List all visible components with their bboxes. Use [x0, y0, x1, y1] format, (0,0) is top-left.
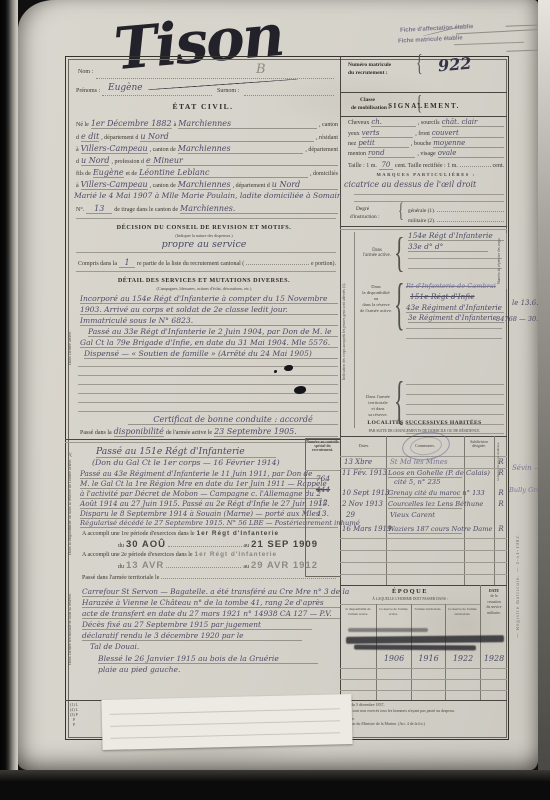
register-paper-page: Fiche d'affectation établie Fiche matric… [18, 0, 538, 770]
margin-label-disponibilite: Dans la disponibilité ou dans la réserve… [67, 444, 76, 570]
residence-canton: Marchiennes [178, 144, 304, 154]
sig-row-taille: Taille : 1 m. 70 cent. Taille rectifiée … [348, 160, 504, 170]
compris-dot [246, 258, 309, 265]
sig-row-yeux: yeux verts , front couvert [348, 129, 504, 138]
periode1-label: A accompli une 1re période d'exercices d… [82, 531, 195, 537]
birth-date: 1er Décembre 1882 [91, 119, 172, 129]
burial-entry: déclaratif rendu le 3 décembre 1920 par … [82, 631, 302, 641]
localites-col-dates: Dates. [342, 443, 386, 448]
overstamp-smudge [354, 645, 476, 651]
corps-dispo-brace: { [394, 271, 405, 339]
service-entry: (Don du Gal Ct le 1er corps — 16 Février… [92, 458, 280, 467]
menton-label: menton [348, 151, 366, 157]
corps-terr-l3: et dans [372, 406, 385, 411]
epoque-value-reserve-territoriale: 1922 [447, 654, 479, 663]
taille-label3: cent. [493, 163, 505, 169]
corps-active-l2: l'armée active. [363, 253, 391, 258]
locality-res: R [495, 489, 507, 497]
corps-dispo-l2: la disponibilité [362, 290, 389, 295]
sig-bottom-divider [340, 226, 507, 227]
blank-rule [78, 411, 338, 412]
controle-box [305, 438, 341, 577]
au-label: au [244, 543, 250, 549]
ec-l6-label: à [76, 183, 79, 189]
locality-res: R [495, 469, 507, 477]
yeux-value: verts [362, 129, 414, 138]
parents-canton: Marchiennes [178, 180, 231, 190]
blank-rule [78, 402, 338, 403]
ec-l6-label2: , canton de [150, 183, 176, 189]
menton-value: rond [368, 149, 415, 158]
tirage-number: 13 [86, 204, 112, 214]
sig-row-nez: nez petit , bouche moyenne [348, 139, 504, 148]
wound-entry: plaie au pied gauche. [98, 665, 180, 674]
au-label: au [243, 564, 249, 570]
service-entry: Immatriculé sous le N° 6823. [80, 316, 338, 326]
ec-l5-label: fils de [76, 171, 91, 177]
degre-militaire: militaire (2). [408, 218, 435, 224]
corps-terr-l2: territoriale [368, 400, 387, 405]
locality-commune: St Md les Mines [390, 458, 448, 466]
cheveux-label: Cheveux [348, 120, 369, 126]
epoque-col-line [445, 604, 446, 700]
corps-dispo-l1: Dans [371, 284, 380, 289]
locality-commune: Waziers 187 cours Notre Dame [388, 525, 462, 534]
corps-dispo-label: Dans la disponibilité ou dans la réserve… [356, 284, 396, 314]
degre-generale-line: générale (1). [408, 205, 504, 214]
corps-dispo-regiment3: 43e Régiment d'Infanterie [406, 303, 504, 313]
dispo-status: disponibilité [114, 427, 164, 437]
ec-l1-label3: , canton [319, 122, 338, 128]
territoriale-label: Passé dans l'armée territoriale le [82, 575, 159, 581]
degre-militaire-line: militaire (2). [408, 215, 504, 224]
corps-active-regiment: 154e Régt d'Infanterie [408, 231, 504, 241]
section-divider [65, 439, 340, 440]
corps-terr-l1: Dans l'armée [366, 394, 390, 399]
epoque-col1-header: la disponibilité de l'armée active. [341, 607, 375, 616]
marques-value: cicatrice au dessus de l'œil droit [344, 180, 476, 189]
decision-title: DÉCISION DU CONSEIL DE REVISION ET MOTIF… [70, 224, 338, 231]
taille-value: 70 [379, 161, 393, 170]
book-binding-edge [0, 0, 18, 800]
periode1-line: A accompli une 1re période d'exercices d… [82, 530, 336, 537]
residence-departement: u Nord [81, 156, 109, 166]
territoriale-line: Passé dans l'armée territoriale le [82, 572, 336, 581]
corps-rule [406, 338, 502, 339]
page-right-edge [538, 0, 550, 770]
service-entry: Passé au 151e Régt d'Infanterie [96, 446, 276, 458]
corps-territoriale-label: Dans l'armée territoriale et dans sa rés… [358, 394, 398, 418]
residence-place: Villers-Campeau [81, 144, 148, 154]
epoque-value-territoriale: 1916 [413, 654, 444, 663]
ec-l3-label2: , canton de [150, 147, 176, 153]
marriage-note: Marié le 4 Mai 1907 à Mlle Marie Poulain… [74, 191, 342, 200]
ec-line8: N°. 13 de tirage dans le canton de March… [76, 204, 338, 214]
service-entry: à l'activité par Décret de Mobon — Campa… [80, 489, 322, 499]
filler [460, 160, 491, 167]
service-entry: Gal Ct la 79e Brigade d'Infie, en date d… [80, 338, 338, 348]
degre-label2: d'instruction : [350, 214, 380, 220]
pasted-paper-slip [101, 694, 352, 750]
front-value: couvert [432, 129, 504, 138]
epoque-col-line [376, 604, 377, 700]
parents-place: Villers-Campeau [81, 180, 148, 190]
nez-label: nez [348, 141, 356, 147]
compris-line: Compris dans la 1 re partie de la liste … [78, 258, 336, 268]
corps-dispo-l3: ou [374, 296, 379, 301]
compris-part: 1 [119, 258, 135, 268]
ec-line4: d u Nord , profession d e Mineur [76, 156, 338, 166]
filler [437, 205, 504, 212]
front-label: , front [415, 131, 430, 137]
mother-name: Léontine Leblanc [139, 168, 308, 178]
service-entry: M. le Gal Ct la 1re Région Mre en date d… [80, 479, 322, 489]
matricule-label2: du recrutement : [348, 70, 388, 76]
locality-date: 16 Mars 1919 [342, 525, 391, 533]
corps-rule [406, 414, 504, 415]
repertoire-caption: Numéro du répertoire des corps. [497, 233, 507, 289]
slip-rule [110, 708, 340, 715]
decision-top-rule [76, 218, 336, 219]
sourcils-value: chât. clair [442, 118, 504, 127]
sig-row-cheveux: Cheveux ch. , sourcils chât. clair [348, 118, 504, 127]
ec-l2-label: d [76, 135, 79, 141]
footnote-right-4: ition du Ministre de la Marine. (Art. 4 … [348, 721, 425, 726]
epoque-value-reserve-active: 1906 [378, 654, 410, 663]
controle-value: 13. [308, 509, 338, 518]
bouche-label: , bouche [411, 141, 431, 147]
surnom-label: Surnom : [217, 88, 239, 94]
dispo-label2: de l'armée active le [166, 430, 212, 436]
etat-civil-title: ÉTAT CIVIL. [78, 102, 328, 111]
filler [166, 561, 241, 568]
corps-rule [406, 404, 504, 405]
epoque-title: ÉPOQUE [342, 588, 478, 595]
locality-date: 2 Nov 1913 [342, 500, 383, 508]
ec-l5-label2: et de [126, 171, 138, 177]
date-l1: DATE [489, 589, 499, 593]
service-entry: Incorporé au 154e Régt d'Infanterie à co… [80, 294, 338, 304]
corps-caption-rule [354, 232, 355, 428]
footnote-right-1: n du 5 décembre 1837, [348, 702, 385, 707]
bonne-conduite-note: Certificat de bonne conduite : accordé [128, 414, 338, 425]
epoque-value-cessation: 1928 [481, 654, 507, 663]
corps-active-label: Dans l'armée active. [358, 248, 396, 258]
sig-bottom-divider2 [340, 229, 507, 230]
parents-departement: u Nord [272, 180, 338, 190]
ec-l2-label2: , département d [101, 135, 138, 141]
decision-rule [76, 252, 336, 253]
epoque-col-line [411, 604, 412, 700]
taille-label2: cent. Taille rectifiée : 1 m. [395, 163, 458, 169]
yeux-label: yeux [348, 131, 360, 137]
signalement-title: SIGNALEMENT. [344, 102, 504, 110]
periode1-regiment-stamp: 1er Régt d'Infanterie [197, 530, 280, 537]
ec-l6-label3: , département d [233, 183, 270, 189]
visage-value: ovale [438, 149, 504, 158]
controle-value: 12 [308, 498, 338, 507]
periode2-label: A accompli une 2e période d'exercices da… [82, 552, 193, 558]
corps-active-regiment2: 33e d° d° [408, 242, 488, 252]
locality-rule [340, 550, 507, 551]
locality-commune: Vieux Carent [390, 511, 435, 519]
dispo-label: Passé dans la [80, 430, 112, 436]
cheveux-value: ch. [371, 118, 416, 127]
burial-entry: acte de transfert en date du 27 mars 192… [82, 609, 340, 619]
father-name: Eugène [93, 168, 124, 178]
locality-commune: Grenay cité du maroc n° 133 [388, 489, 462, 498]
sig-row-menton: menton rond , visage ovale [348, 149, 504, 158]
blank-rule [78, 366, 338, 367]
locality-date: 11 Fév. 1913 [342, 469, 387, 477]
slip-rule [110, 720, 340, 727]
periode2-dates: du 13 AVR au 29 AVR 1912 [118, 560, 318, 571]
prenoms-label: Prénoms : [76, 88, 100, 94]
periode1-dates: du 30 AOÛ au 21 SEP 1909 [118, 539, 318, 550]
locality-date: 13 Xbre [344, 458, 372, 466]
footnote-right-2: ce sont non exercés tous les hommes n'ay… [348, 708, 506, 713]
tirage-label: N°. [76, 207, 84, 213]
locality-rule [340, 574, 507, 575]
controle-header-rule [305, 470, 340, 471]
locality-commune-line2: cité 5, n° 235 [394, 478, 440, 486]
compris-label3: e portion). [311, 261, 336, 267]
locality-res: R [495, 500, 507, 508]
prenoms-rule [102, 95, 212, 96]
matricule-label: Numéro matricule [348, 62, 391, 68]
birth-departement: u Nord [140, 132, 314, 142]
epoque-col2-header: la réserve de l'armée active. [377, 607, 410, 616]
margin-label-armee-active: Dans l'armée active. [67, 292, 76, 404]
epoque-header-rule [340, 604, 480, 605]
filler [168, 540, 242, 547]
ec-line3: à Villers-Campeau , canton de Marchienne… [76, 144, 338, 154]
decision-subtitle: (Indiquer la nature des dispenses.) [70, 233, 338, 238]
matricule-box-rule [340, 92, 507, 93]
services-subtitle: (Campagnes, blessures, actions d'éclat, … [70, 286, 338, 291]
ec-l1-label2: à [174, 122, 177, 128]
controle-header: Numéro au contrôle spécial du recrutemen… [306, 440, 339, 452]
compris-label: Compris dans la [78, 261, 117, 267]
epoque-row-rule [340, 668, 507, 669]
service-entry: Disparu le 8 Septembre 1914 à Souain (Ma… [80, 509, 322, 519]
corps-dispo-regiment4: 3e Régiment d'Infanterie [408, 314, 504, 323]
ec-line6: à Villers-Campeau , canton de Marchienne… [76, 180, 338, 190]
periode2-regiment-stamp: 1er Régt d'Infanterie [195, 551, 278, 558]
corps-dispo-l5: de l'armée active. [360, 308, 392, 313]
blank-rule [78, 384, 338, 385]
corps-terr-l4: sa réserve. [368, 412, 387, 417]
corps-rule [406, 328, 502, 329]
service-entry: Août 1914 au 27 Juin 1915. Passé au 2e R… [80, 499, 322, 509]
ec-l3-label3: , département [305, 147, 338, 153]
prenoms-value: Eugène [108, 83, 143, 93]
locality-commune: Courcelles lez Lens Béthune [388, 500, 462, 509]
surnom-rule [244, 95, 334, 96]
scanned-register-page: { "doc": { "surname": "Tison", "pencil_m… [0, 0, 550, 800]
epoque-top-rule [340, 585, 507, 586]
tirage-label2: de tirage dans le canton de [114, 207, 178, 213]
service-entry: Régularisé décédé le 27 Septembre 1915. … [80, 519, 338, 528]
ec-line1: Né le 1er Décembre 1882 à Marchiennes , … [76, 119, 338, 129]
footnote-5: P [73, 722, 75, 727]
epoque-date-header: DATE de la cessation du service militair… [481, 589, 507, 616]
date-l4: du service [486, 605, 501, 609]
compris-label2: re partie de la liste du recrutement can… [137, 261, 244, 267]
service-entry: Dispensé — « Soutien de famille » (Arrêt… [84, 349, 338, 359]
ec-l2-label3: , résidant [316, 135, 338, 141]
corps-dispo-l4: dans la réserve [362, 302, 389, 307]
service-entry: Passé au 33e Régt d'Infanterie le 2 Juin… [88, 327, 338, 337]
epoque-subtitle: À LAQUELLE L'HOMME DOIT PASSER DANS : [342, 597, 478, 601]
ec-l5-label3: , domiciliés [310, 171, 338, 177]
marques-rule2 [354, 201, 504, 202]
nez-value: petit [358, 139, 409, 148]
epoque-col3-header: l'armée territoriale. [412, 607, 444, 612]
service-entry: Passé au 43e Régiment d'Infanterie le 11… [80, 469, 322, 479]
corps-rule [406, 394, 504, 395]
ec-l1-label: Né le [76, 122, 89, 128]
periode1-start-stamp: 30 AOÛ [126, 539, 166, 550]
section-divider-inner [65, 442, 340, 443]
taille-label: Taille : 1 m. [348, 163, 377, 169]
du-label: du [118, 543, 124, 549]
date-l3: cessation [487, 600, 501, 604]
ec-l4-label2: , profession d [111, 159, 144, 165]
decision-value: propre au service [70, 239, 338, 250]
blank-rule [78, 375, 338, 376]
date-l2: de la [490, 594, 497, 598]
degre-generale: générale (1). [408, 208, 435, 214]
birth-canton: e dit [81, 132, 99, 142]
wound-entry: Blessé le 26 Janvier 1915 au bois de la … [98, 654, 318, 664]
degre-brace: { [398, 197, 404, 224]
localites-title: LOCALITÉS SUCCESSIVES HABITÉES [342, 420, 507, 426]
burial-entry: Harazée à Vienne le Château n° de la tom… [82, 598, 340, 608]
date-l5: militaire. [487, 611, 500, 615]
controle-value: 764 [308, 474, 338, 483]
slip-rule [110, 732, 340, 739]
ec-line2: d e dit , département d u Nord , résidan… [76, 132, 338, 142]
ec-line5: fils de Eugène et de Léontine Leblanc , … [76, 168, 338, 178]
services-title: DÉTAIL DES SERVICES ET MUTATIONS DIVERSE… [70, 277, 338, 284]
subdivision-l2: désignée. [472, 444, 486, 448]
burial-entry: Carrefour St Servon — Bagatelle. a été t… [82, 587, 340, 597]
bouche-value: moyenne [433, 139, 504, 148]
birth-place: Marchiennes [178, 119, 317, 129]
epoque-col4-header: la réserve de l'armée territoriale. [446, 607, 479, 616]
locality-date: 29 [346, 511, 355, 519]
profession: e Mineur [146, 156, 338, 166]
compris-rule [76, 271, 336, 272]
locality-rule [340, 562, 507, 563]
periode2-start-stamp: 13 AVR [126, 560, 164, 571]
marques-label: MARQUES PARTICULIÈRES : [348, 172, 504, 177]
locality-rule [340, 538, 507, 539]
corps-dispo-regiment-struck: Rt d'Infanterie de Cambrai [406, 282, 496, 290]
burial-entry: Décès fixé au 27 Septembre 1915 par juge… [82, 620, 312, 630]
periode2-line: A accompli une 2e période d'exercices da… [82, 551, 336, 558]
localites-col-subdivision: Subdivision désignée. [465, 440, 493, 448]
dispo-date: 23 Septembre 1905. [214, 427, 338, 437]
matricule-brace: { [416, 52, 423, 79]
epoque-row-rule [340, 690, 507, 691]
nom-label: Nom : [78, 69, 93, 75]
corps-rule [406, 384, 504, 385]
marques-rule [354, 194, 504, 195]
corps-rule [408, 258, 502, 259]
visage-label: , visage [417, 151, 435, 157]
locality-res: R [495, 525, 507, 533]
margin-label-territoriale: Dans l'armée territoriale et dans sa rés… [67, 583, 76, 675]
controle-value-struck: 444 [308, 485, 338, 494]
scan-bottom-edge [0, 770, 550, 800]
tirage-canton: Marchiennes. [180, 204, 338, 214]
locality-res: R [495, 458, 507, 466]
burial-entry: Tal de Douai. [90, 642, 139, 651]
nom-rule [96, 78, 334, 79]
corps-rule [408, 268, 502, 269]
disponibilite-line: Passé dans la disponibilité de l'armée a… [80, 427, 338, 437]
locality-date: 10 Sept 1913 [342, 489, 389, 497]
du-label: du [118, 564, 124, 570]
overstamp-smudge [348, 628, 428, 632]
epoque-row-rule [340, 679, 507, 680]
degre-label: Degré [356, 206, 369, 212]
ec-l4-label: d [76, 159, 79, 165]
locality-commune: Loos en Gohelle (P. de Calais) [388, 469, 462, 478]
filler [437, 215, 504, 222]
service-entry: 1903. Arrivé au corps et soldat de 2e cl… [80, 305, 338, 315]
corps-indication-caption: Indication des corps auxquels les jeunes… [342, 234, 352, 428]
corps-dispo-regiment-struck2: 151e Régt d'Infie [410, 292, 475, 301]
sourcils-label: , sourcils [418, 120, 440, 126]
ec-l3-label: à [76, 147, 79, 153]
matricule-value: 922 [437, 54, 472, 76]
classe-box-rule [340, 116, 507, 117]
printer-imprint: — Registre matricule. — 1-51-1902. [516, 468, 526, 703]
